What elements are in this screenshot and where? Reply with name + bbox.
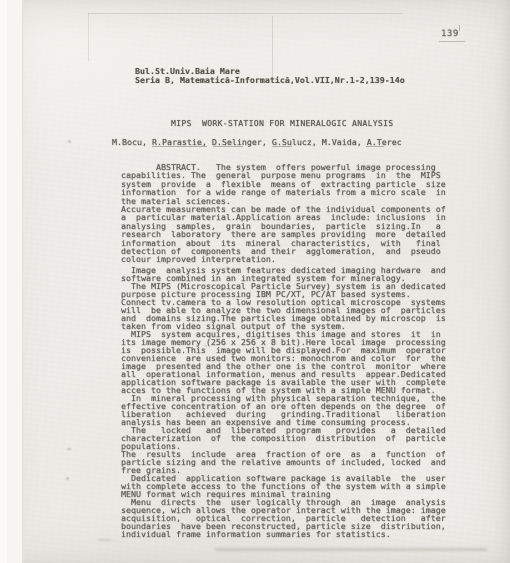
scan-speck (67, 448, 71, 450)
scan-smudge (215, 548, 487, 551)
paper-title: MIPS WORK-STATION FOR MINERALOGIC ANALYS… (171, 118, 393, 128)
scan-artifact-line (88, 13, 89, 61)
scan-speck (68, 140, 71, 143)
scan-artifact-underline (439, 41, 465, 42)
scan-artifact-line (88, 13, 403, 14)
scan-artifact-tick (459, 25, 460, 31)
scanner-edge-strip (0, 0, 24, 563)
body-text: Image analysis system features dedicated… (121, 266, 466, 538)
page-number: 139 (441, 29, 459, 39)
scanned-paper-page: 139 Bul.St.Univ.Baia Mare Seria B, Matem… (0, 0, 510, 563)
journal-issue-line: Seria B, Matematică-Informatică,Vol.VII,… (135, 75, 405, 85)
paper-authors: M.Bocu, R.Parastie, D.Selinger, G.Sulucz… (112, 137, 402, 147)
scan-speck (66, 477, 69, 480)
scan-smudge (98, 539, 112, 541)
abstract-text: ABSTRACT. The system offers powerful ima… (121, 163, 466, 264)
journal-header: Bul.St.Univ.Baia Mare Seria B, Matematic… (135, 67, 405, 85)
